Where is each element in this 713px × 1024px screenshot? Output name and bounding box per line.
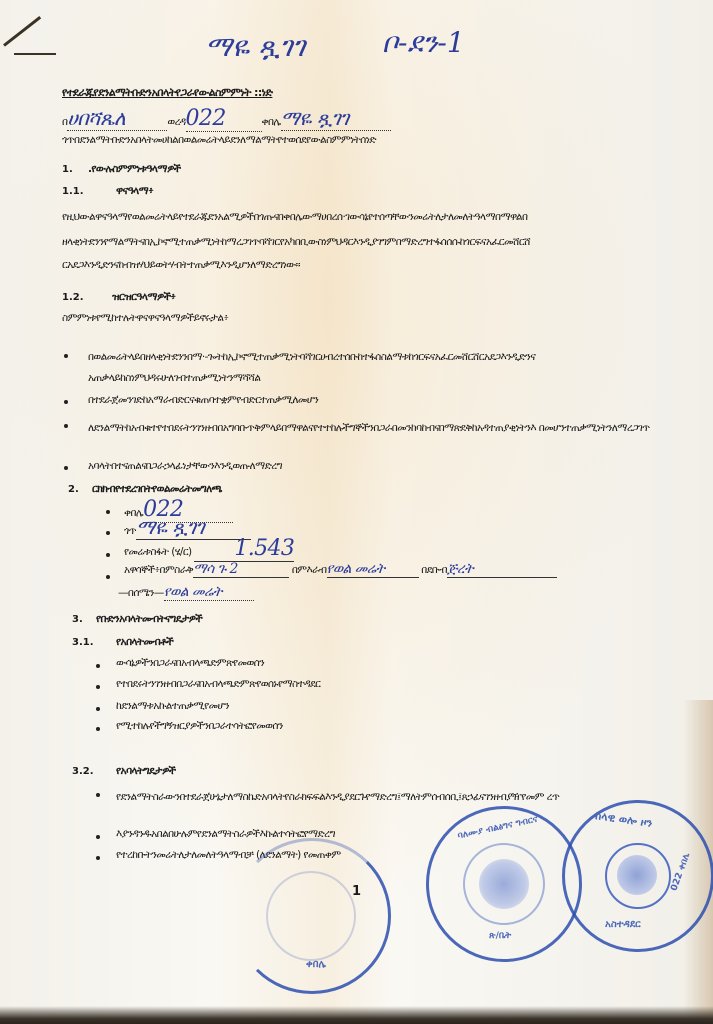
woreda-agriculture-stamp: ባለሙያ ብልፅግና ግብርና ጽ/ቤት xyxy=(426,806,582,962)
section-1-2-intro: ስምምነቱየሚከተሉትዋናዋናዓላማዎችይኖሩታል፥ xyxy=(62,312,228,325)
west-boundary-value[interactable]: የወል መሬት xyxy=(327,561,419,578)
zone-field[interactable]: ሀበሻጼለ xyxy=(67,106,167,131)
kebele-label: ቀበሌ xyxy=(262,116,281,128)
bullet xyxy=(64,466,68,470)
bullet xyxy=(96,835,100,839)
list-item: የደንልማትስራውንበተደራጀሁኔታለማስኬድአባላትየስራክፍፍልእንዲያደር… xyxy=(116,786,676,808)
stamp-text-top: ከላዊ ወሎ ዞን xyxy=(594,809,653,831)
location-form-line: በሀበሻጼለወረዳ022ቀበሌማዬ ጿገገ xyxy=(62,106,391,132)
section-1-title: .የውሉስምምነቱዓላማዎች xyxy=(88,163,181,176)
bullet xyxy=(106,510,110,514)
paragraph-line: ርአደጋእንዲድንናከብዝሃህይወትሃብትተጠቃሚእንዲሆንለማድረግነው። xyxy=(62,259,300,272)
kebele-stamp-left: ቀበሌ xyxy=(233,838,391,994)
bullet xyxy=(96,856,100,860)
document-title: የተደራጁየደንልማትቡድንአበላትየጋራየውልስምምነት ::ነድ xyxy=(62,86,272,100)
list-item: ከደንልማቱአኩልተጠቃሚየመሆን xyxy=(116,700,229,713)
list-item: የተበደሩትንገንዘብበጋራናበአብላጫድምጽየወሰኑየማስተዳደር xyxy=(116,678,320,691)
bullet xyxy=(96,707,100,711)
stamp-text-bottom: አስተዳደር xyxy=(605,919,641,930)
field-area: የመሬቱስፋት (ሄ/ር) 1.543 xyxy=(124,536,294,562)
section-3-title: የቡድንአባላትመብትናግዴታዎች xyxy=(96,613,202,626)
area-value[interactable]: 1.543 xyxy=(194,536,294,562)
list-item: ውሳኔዎችንበጋራናበአብላጫድምጽየመወሰን xyxy=(116,657,264,670)
kebele-022-stamp: ከላዊ ወሎ ዞን 022 ቀበሌ አስተዳደር xyxy=(562,800,713,952)
bullet xyxy=(106,553,110,557)
bullet xyxy=(64,354,68,358)
paragraph-line: ዘላቂነትደንንየማልማትናበኢኮኖሚተጠቃሚነትከማረጋገጥባሻገርየአካበቢ… xyxy=(62,236,530,249)
section-3-2-title: የአባላትግዴታዎች xyxy=(116,765,176,778)
kebele-field[interactable]: ማዬ ጿገገ xyxy=(281,106,391,131)
intro-line: ጎጥበደንልማትቡድንአበላትመሀከልበወልመሬትላይደንለማልማትየተወሰደየ… xyxy=(62,134,376,147)
section-1-number: 1. xyxy=(62,164,73,175)
handwritten-kebele-name: ማዬ ጿገገ xyxy=(205,30,305,64)
pen-mark xyxy=(14,53,56,55)
handwritten-group-code: ቦ-ደን-1 xyxy=(382,26,465,60)
section-2-number: 2. xyxy=(68,484,79,495)
field-boundaries: አዋሳኞች፥በምስራቅማሳ ጉ 2 በምእራብየወል መሬት በደቡብጅረት xyxy=(124,561,557,578)
list-item: በወልመሬትላይበዘላቂነትደንንበማ·-ጐትከኢኮኖሚተጠቃሚነትባሻገርሀብ… xyxy=(88,347,688,389)
bullet xyxy=(64,400,68,404)
field-north-boundary: —በሰሜን—የወል መሬት xyxy=(118,584,254,601)
bullet xyxy=(64,424,68,428)
stamp-text-top: ባለሙያ ብልፅግና ግብርና xyxy=(457,815,539,842)
list-item: በተደራጀመንገድከአማራብድርናቁጠባተቋምየብድርተጠቃሚለመሆን xyxy=(88,394,318,407)
section-1-2-number: 1.2. xyxy=(62,292,84,303)
section-3-number: 3. xyxy=(72,614,83,625)
section-1-2-title: ዝርዝርዓላማዎች፥ xyxy=(112,291,175,304)
bullet xyxy=(106,575,110,579)
section-3-1-title: የአበላትመብቶች xyxy=(116,636,173,649)
list-item: ለደንልማትከአብቁተየተበደሩትንገንዘብበአግባቡጥቅምላይበማዋልናየተተ… xyxy=(88,417,688,439)
section-1-1-title: ዋናዓላማ፥ xyxy=(116,185,153,198)
bullet xyxy=(96,793,100,797)
stamp-text-side: 022 ቀበሌ xyxy=(669,852,692,893)
woreda-label: ወረዳ xyxy=(167,116,185,128)
stamp-text: ቀበሌ xyxy=(306,959,326,970)
list-item: የሚተከሉየችግኝዝርያዎችንበጋራተሳትፎየመወሰን xyxy=(116,720,283,733)
section-2-title: ርክክብየተደረገበትየወልመሬትመግለጫ xyxy=(92,483,222,496)
section-3-2-number: 3.2. xyxy=(72,766,94,777)
stamp-text-bottom: ጽ/ቤት xyxy=(489,931,511,941)
bullet xyxy=(106,531,110,535)
scan-bottom-edge xyxy=(0,1006,713,1024)
section-1-1-number: 1.1. xyxy=(62,186,84,197)
south-boundary-value[interactable]: ጅረት xyxy=(447,561,557,578)
section-3-1-number: 3.1. xyxy=(72,637,94,648)
paragraph-line: የዚህውልዋናዓላማየወልመሬትላይየተደራጁደንአልሚዎችበጎጡናበቀበሌውማ… xyxy=(62,211,527,224)
bullet xyxy=(96,664,100,668)
woreda-field[interactable]: 022 xyxy=(186,106,262,132)
bullet xyxy=(96,727,100,731)
north-boundary-value[interactable]: የወል መሬት xyxy=(164,584,254,601)
bullet xyxy=(96,685,100,689)
list-item: አባላትበተናጠልናበጋራኃላፊነታቸውንእንዲወጡለማድረግ xyxy=(88,460,282,473)
east-boundary-value[interactable]: ማሳ ጉ 2 xyxy=(193,561,289,578)
